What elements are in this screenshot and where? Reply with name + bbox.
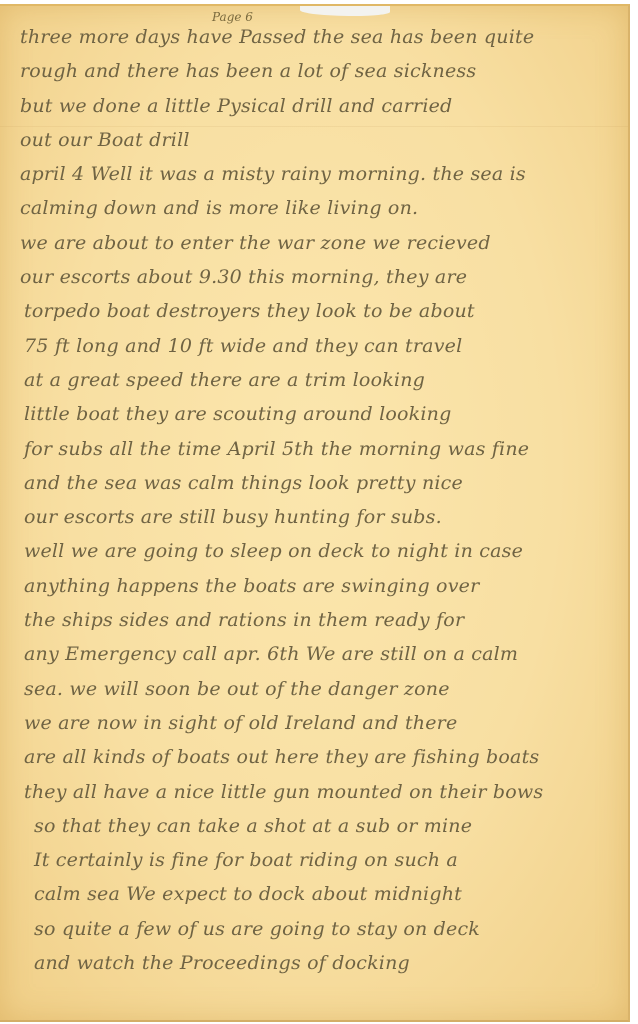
text-line: they all have a nice little gun mounted …	[20, 775, 620, 809]
text-line: three more days have Passed the sea has …	[20, 20, 620, 54]
text-line: so that they can take a shot at a sub or…	[20, 809, 620, 843]
text-line: torpedo boat destroyers they look to be …	[20, 294, 620, 328]
text-line: for subs all the time April 5th the morn…	[20, 432, 620, 466]
text-line: little boat they are scouting around loo…	[20, 397, 620, 431]
text-line: we are now in sight of old Ireland and t…	[20, 706, 620, 740]
text-line: so quite a few of us are going to stay o…	[20, 912, 620, 946]
text-line: sea. we will soon be out of the danger z…	[20, 672, 620, 706]
text-line: 75 ft long and 10 ft wide and they can t…	[20, 329, 620, 363]
diary-page: Page 6 three more days have Passed the s…	[0, 4, 630, 1022]
text-line: well we are going to sleep on deck to ni…	[20, 534, 620, 568]
text-line: and watch the Proceedings of docking	[20, 946, 620, 980]
text-line: rough and there has been a lot of sea si…	[20, 54, 620, 88]
text-line: at a great speed there are a trim lookin…	[20, 363, 620, 397]
text-line: and the sea was calm things look pretty …	[20, 466, 620, 500]
text-line: but we done a little Pysical drill and c…	[20, 89, 620, 123]
text-line: our escorts about 9.30 this morning, the…	[20, 260, 620, 294]
torn-edge	[300, 6, 390, 16]
text-line: out our Boat drill	[20, 123, 620, 157]
text-line: we are about to enter the war zone we re…	[20, 226, 620, 260]
text-line: calm sea We expect to dock about midnigh…	[20, 877, 620, 911]
text-line: any Emergency call apr. 6th We are still…	[20, 637, 620, 671]
text-line: april 4 Well it was a misty rainy mornin…	[20, 157, 620, 191]
handwritten-text: three more days have Passed the sea has …	[20, 20, 620, 980]
text-line: are all kinds of boats out here they are…	[20, 740, 620, 774]
text-line: It certainly is fine for boat riding on …	[20, 843, 620, 877]
text-line: the ships sides and rations in them read…	[20, 603, 620, 637]
text-line: calming down and is more like living on.	[20, 191, 620, 225]
text-line: our escorts are still busy hunting for s…	[20, 500, 620, 534]
text-line: anything happens the boats are swinging …	[20, 569, 620, 603]
